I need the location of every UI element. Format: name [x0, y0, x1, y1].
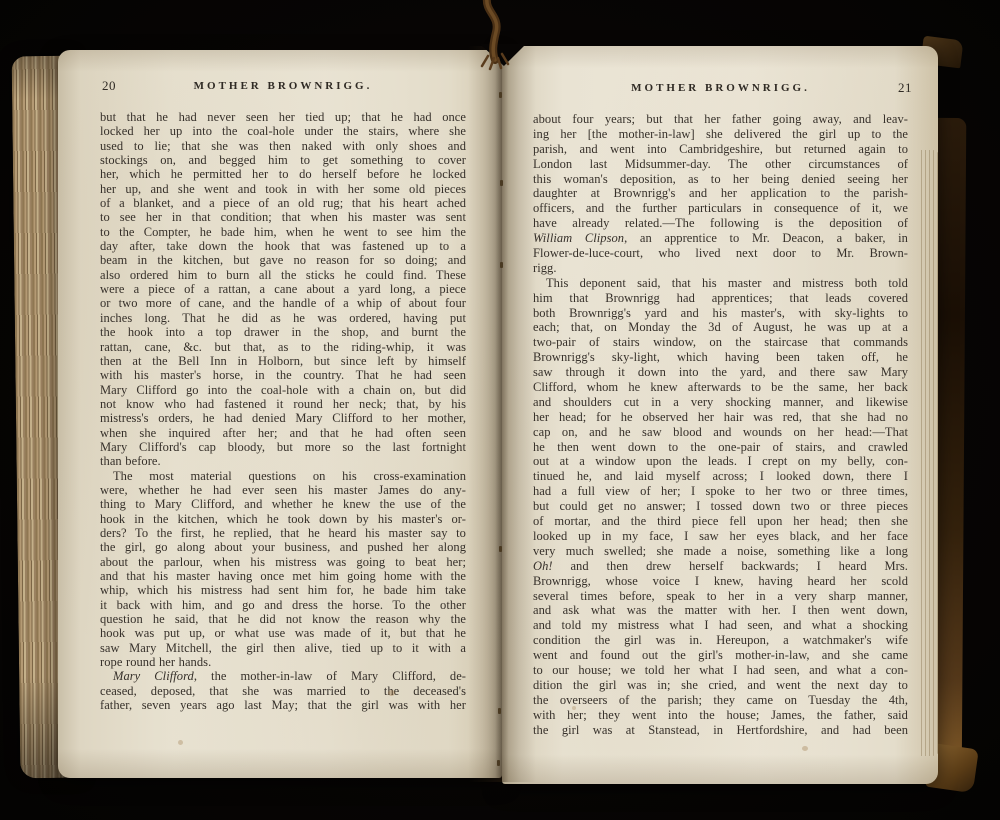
page-number-left: 20: [102, 78, 116, 94]
text-line: mistress's orders, he had denied Mary Cl…: [100, 411, 466, 425]
page-number-right: 21: [898, 80, 912, 96]
text-line: than before.: [100, 454, 466, 468]
text-line: parish, and went into Cambridgeshire, bu…: [533, 142, 908, 157]
text-line: London last Midsummer-day. The other cir…: [533, 157, 908, 172]
left-page-body: but that he had never seen her tied up; …: [100, 110, 466, 712]
stitch-mark: [500, 180, 503, 186]
text-line: of mortar, and the third piece fell upon…: [533, 514, 908, 529]
text-line: Flower-de-luce-court, who lived next doo…: [533, 246, 908, 261]
text-line: but could get no answer; I tossed down t…: [533, 499, 908, 514]
text-line: condition the girl was in. Hereupon, a w…: [533, 633, 908, 648]
right-page-body: about four years; but that her father go…: [533, 112, 908, 737]
text-line: hook was put up, or what use was made of…: [100, 626, 466, 640]
text-line: saw Mary Mitchell, the girl then alive, …: [100, 641, 466, 655]
text-line: Clifford, whom he knew afterwards to be …: [533, 380, 908, 395]
text-line: the overseers of the parish; they came o…: [533, 693, 908, 708]
text-line: dition the girl was in; she cried, and w…: [533, 678, 908, 693]
text-line: inches long. That he did as he was order…: [100, 311, 466, 325]
foxing-spot: [178, 740, 183, 745]
foxing-spot: [802, 746, 808, 751]
text-line: rope round her hands.: [100, 655, 466, 669]
left-page: 20 MOTHER BROWNRIGG. but that he had nev…: [58, 50, 502, 778]
text-line: out at a window upon the leads. I crept …: [533, 454, 908, 469]
text-line: question he said, that he did not know t…: [100, 612, 466, 626]
running-head-left: 20 MOTHER BROWNRIGG.: [100, 80, 466, 96]
right-page: MOTHER BROWNRIGG. 21 about four years; b…: [502, 46, 938, 784]
text-line: Mary Clifford, the mother-in-law of Mary…: [100, 669, 466, 683]
text-line: each; that, on Monday the 3d of August, …: [533, 320, 908, 335]
text-line: but that he had never seen her tied up; …: [100, 110, 466, 124]
stitch-mark: [498, 708, 501, 714]
text-line: used to lie; that she was then naked wit…: [100, 139, 466, 153]
text-line: also ordered him to burn all the sticks …: [100, 268, 466, 282]
text-line: with his master's horse, in the country.…: [100, 368, 466, 382]
text-line: rattan, cane, &c. but that, as to the ri…: [100, 340, 466, 354]
text-line: saw through it down into the yard, and t…: [533, 365, 908, 380]
text-line: not know who had fastened it round her n…: [100, 397, 466, 411]
text-line: several times before, speak to her in a …: [533, 589, 908, 604]
text-line: stockings on, and begged him to get some…: [100, 153, 466, 167]
text-line: then at the Bell Inn in Holborn, but sin…: [100, 354, 466, 368]
text-line: hook in the kitchen, which he took down …: [100, 512, 466, 526]
stitch-mark: [499, 92, 502, 98]
text-line: this woman's deposition, as to her being…: [533, 172, 908, 187]
text-line: went and found out the girl's mother-in-…: [533, 648, 908, 663]
text-line: have already related.—The following is t…: [533, 216, 908, 231]
text-line: Mary Clifford's cap bloody, but more so …: [100, 440, 466, 454]
text-line: beam in the kitchen, but gave no reason …: [100, 253, 466, 267]
text-line: to our house; we told her what I had see…: [533, 663, 908, 678]
stitch-mark: [500, 262, 503, 268]
text-line: William Clipson, an apprentice to Mr. De…: [533, 231, 908, 246]
text-line: her head; for he observed her hair was r…: [533, 410, 908, 425]
text-line: and ask what was the matter with her. I …: [533, 603, 908, 618]
text-line: had a full view of her; I spoke to her t…: [533, 484, 908, 499]
text-line: the girl was at Stanstead, in Hertfordsh…: [533, 723, 908, 738]
text-line: rigg.: [533, 261, 908, 276]
text-line: of a blanket, and a piece of an old rug;…: [100, 196, 466, 210]
stitch-mark: [497, 760, 500, 766]
text-line: daughter at Brownrigg's and her applicat…: [533, 186, 908, 201]
text-line: and shoulders cut in a very shocking man…: [533, 395, 908, 410]
text-line: ceased, deposed, that she was married to…: [100, 684, 466, 698]
running-head-right: MOTHER BROWNRIGG. 21: [533, 82, 908, 98]
text-line: about the parlour, when his mistress was…: [100, 555, 466, 569]
text-line: looked up in my face, I saw her eyes bla…: [533, 529, 908, 544]
text-line: to see her in that condition; that when …: [100, 210, 466, 224]
text-line: two-pair of stairs window, on the stairc…: [533, 335, 908, 350]
text-line: tinued he, and laid myself across; I loo…: [533, 469, 908, 484]
text-line: day after, take down the hook that was f…: [100, 239, 466, 253]
text-line: were a piece of a rattan, a cane about a…: [100, 282, 466, 296]
running-header-right: MOTHER BROWNRIGG.: [533, 82, 908, 94]
text-line: were, whether he had ever seen his maste…: [100, 483, 466, 497]
photo-background: 20 MOTHER BROWNRIGG. but that he had nev…: [0, 0, 1000, 820]
bookmark-ribbon: [474, 0, 518, 77]
text-line: father, seven years ago last May; that t…: [100, 698, 466, 712]
text-line: the hook into a top drawer in the shop, …: [100, 325, 466, 339]
text-line: it back with him, and go and dress the h…: [100, 598, 466, 612]
text-line: very much swelled; she made a noise, som…: [533, 544, 908, 559]
text-line: The most material questions on his cross…: [100, 469, 466, 483]
text-line: cap on, and he saw blood and wounds on h…: [533, 425, 908, 440]
text-line: to the Compter, he bade him, when he wen…: [100, 225, 466, 239]
running-header-left: MOTHER BROWNRIGG.: [100, 80, 466, 92]
text-line: Brownrigg, whose voice I knew, having he…: [533, 574, 908, 589]
text-line: about four years; but that her father go…: [533, 112, 908, 127]
text-line: with her; they went into the house; Jame…: [533, 708, 908, 723]
page-stack-right-edge: [918, 150, 940, 756]
text-line: ders? To the first, he replied, that he …: [100, 526, 466, 540]
text-line: Brownrigg's sky-light, which having been…: [533, 350, 908, 365]
text-line: Oh! and then drew herself backwards; I h…: [533, 559, 908, 574]
text-line: when she inquired after her; and that he…: [100, 426, 466, 440]
text-line: and told my mistress what I had seen, an…: [533, 618, 908, 633]
text-line: Mary Clifford go into the coal-hole with…: [100, 383, 466, 397]
text-line: whip, which his mistress had sent him fo…: [100, 583, 466, 597]
text-line: and that his master having once met him …: [100, 569, 466, 583]
text-line: he then went down to the one-pair of sta…: [533, 440, 908, 455]
text-line: This deponent said, that his master and …: [533, 276, 908, 291]
stitch-mark: [499, 546, 502, 552]
text-line: both Brownrigg's yard and his master's, …: [533, 306, 908, 321]
text-line: her, which he permitted her to do hersel…: [100, 167, 466, 181]
text-line: him that Brownrigg had apprentices; that…: [533, 291, 908, 306]
text-line: or two more of cane, and the handle of a…: [100, 296, 466, 310]
bookmark-ribbon-graphic: [474, 0, 518, 72]
text-line: ing her [the mother-in-law] she delivere…: [533, 127, 908, 142]
text-line: her up, and she went and took in with he…: [100, 182, 466, 196]
text-line: thing to Mary Clifford, and whether he k…: [100, 497, 466, 511]
text-line: the girl, go along about your business, …: [100, 540, 466, 554]
text-line: officers, and the further particulars in…: [533, 201, 908, 216]
text-line: locked her up into the coal-hole under t…: [100, 124, 466, 138]
